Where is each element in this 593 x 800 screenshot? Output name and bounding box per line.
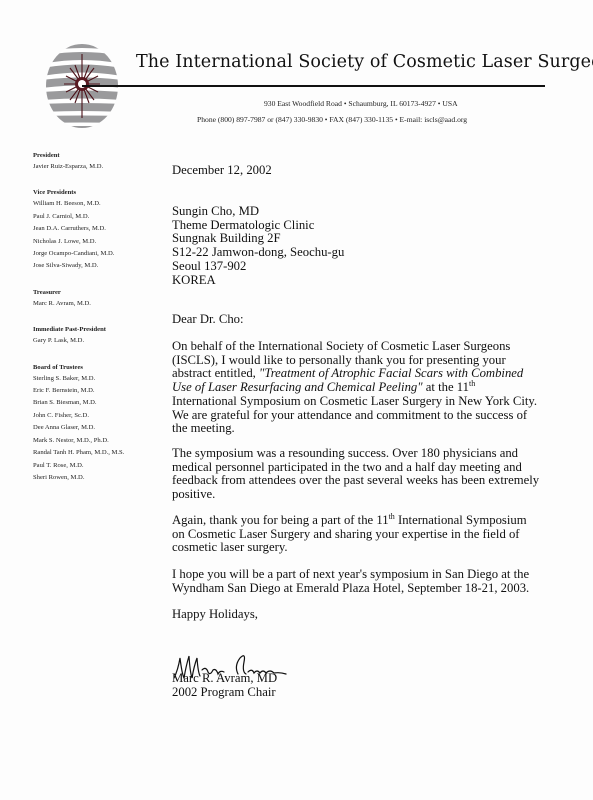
text-line: Use of Laser Resurfacing and Chemical Pe… (172, 381, 572, 395)
signer-block: Marc R. Avram, MD 2002 Program Chair (172, 672, 277, 699)
paragraph-3: Again, thank you for being a part of the… (172, 514, 572, 555)
text-line: Again, thank you for being a part of the… (172, 514, 572, 528)
recipient-line: Sungin Cho, MD (172, 205, 344, 219)
recipient-line: KOREA (172, 274, 344, 288)
letterhead-rule (82, 85, 545, 87)
sidebar-group-board-of-trustees: Board of Trustees Sterling S. Baker, M.D… (33, 362, 143, 485)
recipient-line: Seoul 137-902 (172, 260, 344, 274)
text-run: abstract entitled, (172, 366, 259, 380)
recipient-address: Sungin Cho, MD Theme Dermatologic Clinic… (172, 205, 344, 287)
closing: Happy Holidays, (172, 608, 258, 622)
sidebar-group-title: Vice Presidents (33, 187, 143, 198)
sidebar-member: Jose Silva-Siwady, M.D. (33, 260, 143, 272)
sidebar-member: Nicholas J. Lowe, M.D. (33, 236, 143, 248)
text-line: I hope you will be a part of next year's… (172, 568, 572, 582)
signer-title: 2002 Program Chair (172, 686, 277, 700)
sidebar-group-title: President (33, 150, 143, 161)
organization-address: 930 East Woodfield Road • Schaumburg, IL… (264, 99, 593, 108)
sidebar-member: Javier Ruiz-Esparza, M.D. (33, 161, 143, 173)
letter-date: December 12, 2002 (172, 164, 272, 178)
text-run: International Symposium (395, 513, 527, 527)
sidebar-member: Eric F. Bernstein, M.D. (33, 385, 143, 397)
sidebar-group-title: Treasurer (33, 287, 143, 298)
signer-name: Marc R. Avram, MD (172, 672, 277, 686)
text-line: (ISCLS), I would like to personally than… (172, 354, 572, 368)
sidebar-group-title: Immediate Past-President (33, 324, 143, 335)
paragraph-2: The symposium was a resounding success. … (172, 447, 572, 502)
sidebar-member: Paul J. Carniol, M.D. (33, 211, 143, 223)
recipient-line: Sungnak Building 2F (172, 232, 344, 246)
sidebar-group-president: President Javier Ruiz-Esparza, M.D. (33, 150, 143, 173)
sidebar-member: William H. Beeson, M.D. (33, 198, 143, 210)
officers-sidebar: President Javier Ruiz-Esparza, M.D. Vice… (33, 150, 143, 498)
letter-page: The International Society of Cosmetic La… (0, 0, 593, 800)
sidebar-group-past-president: Immediate Past-President Gary P. Lask, M… (33, 324, 143, 347)
recipient-line: S12-22 Jamwon-dong, Seochu-gu (172, 246, 344, 260)
text-line: cosmetic laser surgery. (172, 541, 572, 555)
abstract-title: "Treatment of Atrophic Facial Scars with… (259, 366, 523, 380)
sidebar-member: Paul T. Rose, M.D. (33, 460, 143, 472)
text-run: at the 11 (423, 380, 469, 394)
sidebar-member: Jorge Ocampo-Candiani, M.D. (33, 248, 143, 260)
paragraph-1: On behalf of the International Society o… (172, 340, 572, 436)
text-line: On behalf of the International Society o… (172, 340, 572, 354)
sidebar-member: Jean D.A. Carruthers, M.D. (33, 223, 143, 235)
sidebar-member: Dee Anna Glaser, M.D. (33, 422, 143, 434)
paragraph-4: I hope you will be a part of next year's… (172, 568, 572, 595)
text-line: on Cosmetic Laser Surgery and sharing yo… (172, 528, 572, 542)
recipient-line: Theme Dermatologic Clinic (172, 219, 344, 233)
text-line: the meeting. (172, 422, 572, 436)
text-line: feedback from attendees over the past se… (172, 474, 572, 488)
organization-contact: Phone (800) 897-7987 or (847) 330-9830 •… (197, 115, 593, 124)
sidebar-member: Brian S. Biesman, M.D. (33, 397, 143, 409)
text-run: Again, thank you for being a part of the… (172, 513, 389, 527)
text-line: The symposium was a resounding success. … (172, 447, 572, 461)
organization-name: The International Society of Cosmetic La… (136, 52, 593, 72)
sidebar-member: Marc R. Avram, M.D. (33, 298, 143, 310)
salutation: Dear Dr. Cho: (172, 313, 244, 327)
sidebar-member: Gary P. Lask, M.D. (33, 335, 143, 347)
sidebar-group-treasurer: Treasurer Marc R. Avram, M.D. (33, 287, 143, 310)
sidebar-member: Randal Tanh H. Pham, M.D., M.S. (33, 447, 143, 459)
sidebar-group-title: Board of Trustees (33, 362, 143, 373)
text-line: International Symposium on Cosmetic Lase… (172, 395, 572, 409)
sidebar-member: Mark S. Nestor, M.D., Ph.D. (33, 435, 143, 447)
text-line: We are grateful for your attendance and … (172, 409, 572, 423)
sidebar-group-vice-presidents: Vice Presidents William H. Beeson, M.D. … (33, 187, 143, 272)
abstract-title: Use of Laser Resurfacing and Chemical Pe… (172, 380, 423, 394)
sidebar-member: John C. Fisher, Sc.D. (33, 410, 143, 422)
text-line: Wyndham San Diego at Emerald Plaza Hotel… (172, 582, 572, 596)
ordinal-suffix: th (469, 379, 475, 388)
sidebar-member: Sterling S. Baker, M.D. (33, 373, 143, 385)
text-line: positive. (172, 488, 572, 502)
text-line: medical personnel participated in the tw… (172, 461, 572, 475)
sidebar-member: Sheri Rowen, M.D. (33, 472, 143, 484)
